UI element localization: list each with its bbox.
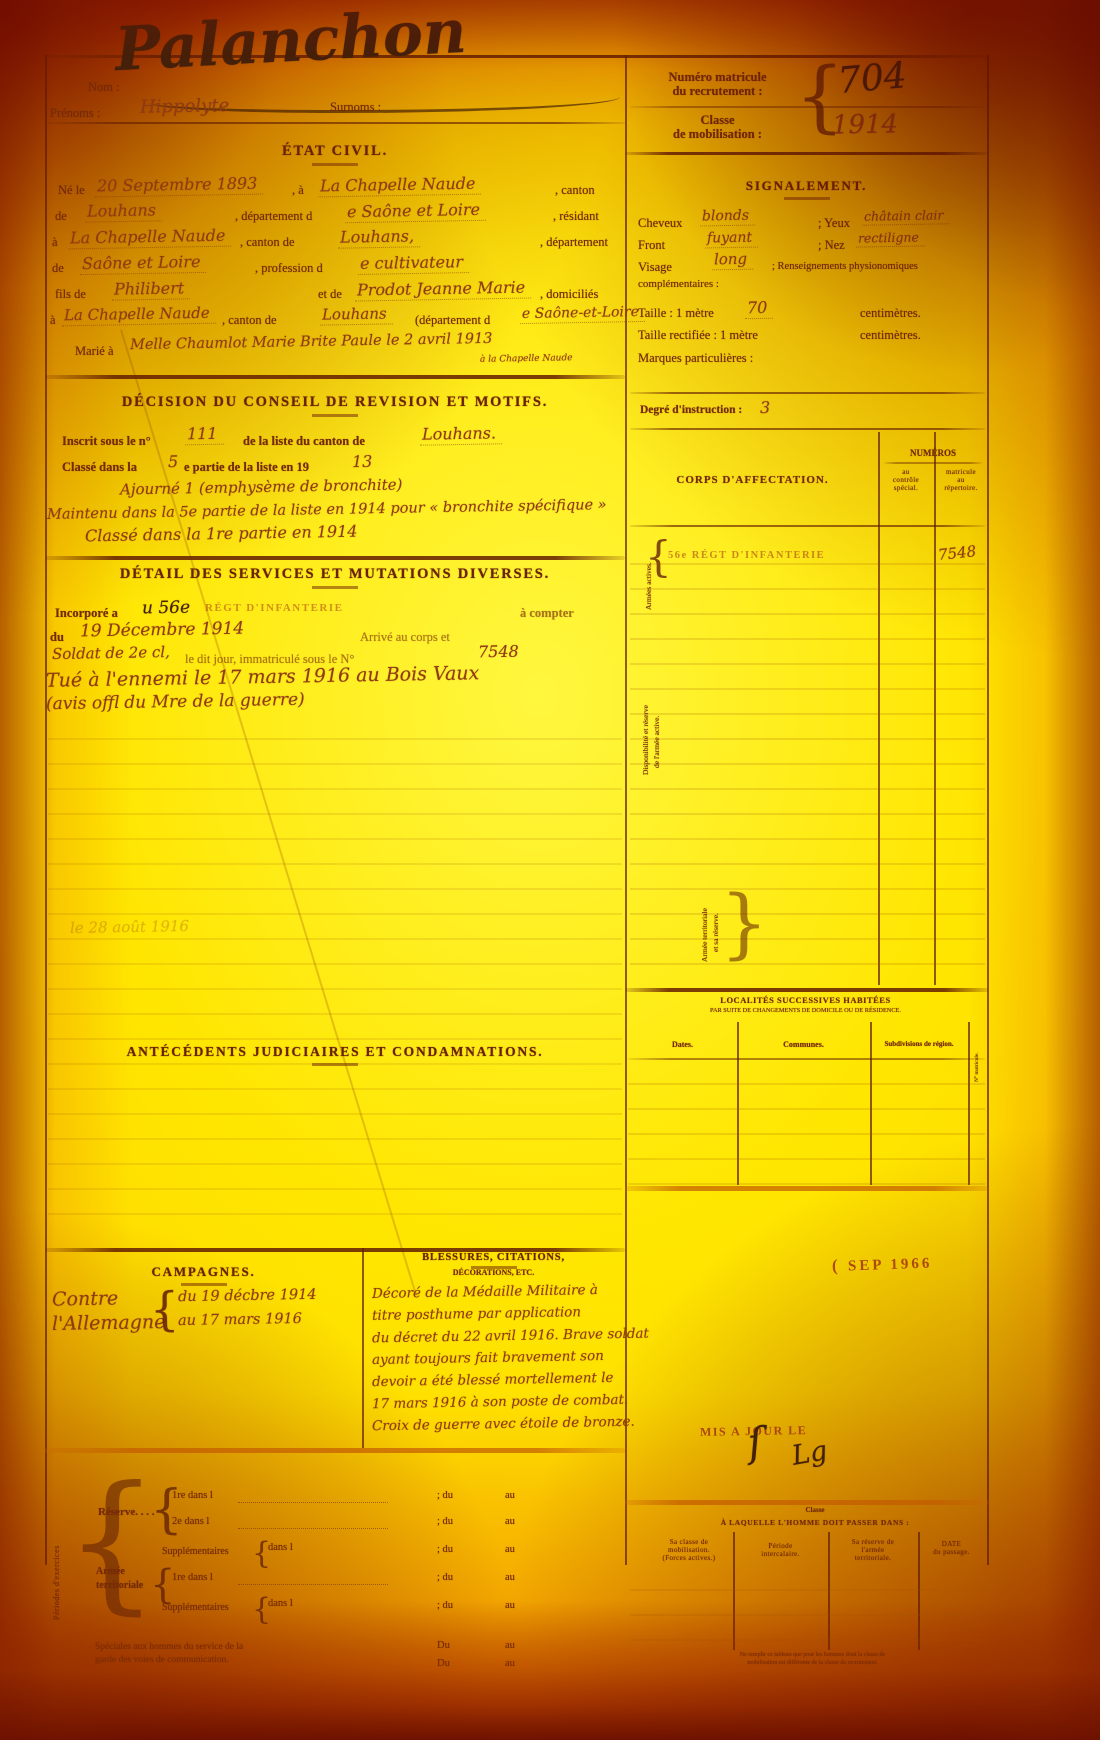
du-label: du [50, 630, 64, 645]
cheveux-value: blonds [700, 208, 755, 227]
subdivisions-column-header: Subdivisions de région. [870, 1040, 968, 1048]
ajourne-note: Ajourné 1 (emphysème de bronchite) [120, 476, 403, 499]
territoriale-suppl-du: ; du [437, 1600, 453, 1611]
localites-bottom-band [625, 1186, 988, 1191]
disponibilite-side-label-2: de l'armée active. [652, 716, 661, 768]
reserve-row2-du: ; du [437, 1516, 453, 1527]
territoriale-suppl-label: Supplémentaires [162, 1602, 229, 1613]
localites-col-divider-3 [968, 1022, 970, 1185]
classe-mob-label-line2: de mobilisation : [645, 127, 790, 142]
form-right-border [987, 55, 989, 1565]
territoriale-row1-du: ; du [437, 1572, 453, 1583]
classe-partie-label: Classé dans la [62, 460, 137, 475]
header-underline [45, 122, 625, 124]
arrive-au-corps-label: Arrivé au corps et [360, 630, 450, 645]
numero-matricule-column-header: N° matricule. [974, 1052, 980, 1082]
birth-dept-value: e Saône et Loire [345, 200, 486, 223]
localites-title: LOCALITÉS SUCCESSIVES HABITÉES [628, 995, 983, 1005]
controle-special-header-3: spécial. [878, 484, 934, 492]
localites-ruled-lines [628, 1060, 985, 1185]
birth-place-value: La Chapelle Naude [318, 174, 482, 198]
controle-special-header-1: au [878, 468, 934, 476]
classe-mob-value: 1914 [832, 109, 899, 140]
reserve-brace: { [150, 1480, 183, 1540]
liste-canton-label: de la liste du canton de [243, 434, 365, 449]
corps-header-bottom-rule [630, 525, 985, 527]
campagnes-heading: CAMPAGNES. [45, 1264, 362, 1286]
profession-value: e cultivateur [358, 252, 469, 275]
classe-1914-note: Classé dans la 1re partie en 1914 [85, 522, 358, 546]
speciales-label-line1: Spéciales aux hommes du service de la [95, 1642, 243, 1652]
classe-col2-header-2: intercalaire. [733, 1550, 828, 1558]
speciales-du-1: Du [437, 1640, 450, 1651]
paren-stamp-mark: ( [832, 1256, 840, 1276]
speciales-du-2: Du [437, 1658, 450, 1669]
taille-rectifiee-label: Taille rectifiée : 1 mètre [638, 328, 758, 343]
yeux-label: ; Yeux [818, 216, 850, 231]
cm-label-2: centimètres. [860, 328, 921, 343]
corps-matricule-value: 7548 [937, 542, 977, 564]
incorpore-regiment-hw: u 56e [142, 598, 190, 619]
front-label: Front [638, 238, 665, 253]
classe-table-subtitle: À LAQUELLE L'HOMME DOIT PASSER DANS : [645, 1518, 985, 1527]
citation-line-5: devoir a été blessé mortellement le [372, 1370, 614, 1390]
armee-active-side-label: Armées actives. [644, 562, 653, 610]
matricule-box-divider [630, 106, 985, 108]
parents-canton-value: Louhans [320, 304, 393, 325]
nez-label: ; Nez [818, 238, 845, 253]
classe-mob-label-line1: Classe [645, 113, 790, 128]
father-name-value: Philibert [112, 278, 191, 300]
matricule-label-line1: Numéro matricule [645, 70, 790, 85]
matricule-number-value: 704 [836, 55, 908, 102]
canton-label: , canton [555, 183, 595, 198]
residence-canton-value: Louhans, [338, 226, 420, 248]
classe-col3-header-3: territoriale. [828, 1554, 918, 1562]
surname-big-script: Palanchon [113, 0, 468, 85]
degre-bottom-rule [630, 428, 985, 430]
territoriale-side-label-2: et sa réserve. [711, 913, 720, 952]
corps-ruled-lines [630, 540, 985, 980]
exercices-main-brace: { [64, 1462, 159, 1622]
numeros-underline [884, 462, 982, 464]
marriage-value: Melle Chaumlot Marie Brite Paule le 2 av… [130, 331, 493, 353]
classe-col1-header-2: mobilisation. [645, 1546, 733, 1554]
maintenu-note: Maintenu dans la 5e partie de la liste e… [47, 497, 607, 523]
a-label-2: à [50, 313, 56, 328]
regiment-stamp: RÉGT D'INFANTERIE [205, 602, 343, 614]
liste-canton-value: Louhans. [420, 423, 502, 445]
nom-label: Nom : [88, 80, 120, 95]
classe-col1-header-1: Sa classe de [645, 1538, 733, 1546]
reserve-row2-label: 2e dans l [172, 1516, 209, 1527]
matricule-box-bottom [625, 152, 988, 155]
front-value: fuyant [705, 230, 758, 249]
ghost-handwriting-note: le 28 août 1916 [70, 917, 189, 937]
etat-civil-heading: ÉTAT CIVIL. [45, 143, 625, 166]
cheveux-label: Cheveux [638, 216, 682, 231]
corps-affectation-header: CORPS D'AFFECTATION. [630, 474, 875, 486]
departement-label-2: , département [540, 235, 608, 250]
classe-table-note-line2: mobilisation est différente de la classe… [640, 1660, 985, 1666]
speciales-au-1: au [505, 1640, 515, 1651]
tue-ennemi-note: Tué à l'ennemi le 17 mars 1916 au Bois V… [46, 662, 480, 692]
classe-table-title: Classe [645, 1506, 985, 1514]
taille-label: Taille : 1 mètre [638, 306, 714, 321]
territoriale-suppl-dans-label: dans l [268, 1598, 293, 1609]
de-label-2: de [52, 261, 64, 276]
form-left-border [45, 55, 47, 1565]
renseignements-label: ; Renseignements physionomiques [772, 261, 918, 272]
communes-column-header: Communes. [737, 1040, 870, 1049]
reserve-row1-blank [238, 1492, 388, 1503]
reserve-suppl-du: ; du [437, 1544, 453, 1555]
residant-label: , résidant [553, 209, 599, 224]
marriage-place-note: à la Chapelle Naude [480, 353, 573, 365]
classe-partie-label-2: e partie de la liste en 19 [184, 460, 309, 475]
decision-bottom-rule [45, 556, 625, 560]
reserve-suppl-label: Supplémentaires [162, 1546, 229, 1557]
localites-top-rule [625, 988, 988, 992]
blessures-heading-line1: BLESSURES, CITATIONS, [362, 1252, 625, 1269]
controle-special-header-2: contrôle [878, 476, 934, 484]
signature-initials: Lg [790, 1435, 830, 1472]
et-de-label: et de [318, 287, 342, 302]
fils-de-label: fils de [55, 287, 86, 302]
surnoms-label: Surnoms : [330, 100, 381, 115]
territoriale-suppl-au: au [505, 1600, 515, 1611]
reserve-label: Réserve. . . . [98, 1506, 155, 1518]
reserve-row2-au: au [505, 1516, 515, 1527]
reserve-suppl-dans-label: dans l [268, 1542, 293, 1553]
liste-numero-value: 111 [185, 424, 224, 446]
soldat-classe-hw: Soldat de 2e cl, [52, 643, 170, 663]
campagne-date-debut: du 19 décbre 1914 [178, 1287, 317, 1305]
profession-label: , profession d [255, 261, 323, 276]
citation-line-7: Croix de guerre avec étoile de bronze. [372, 1414, 635, 1435]
inscrit-label: Inscrit sous le n° [62, 434, 151, 449]
decision-heading: DÉCISION DU CONSEIL DE REVISION ET MOTIF… [45, 394, 625, 417]
marie-label: Marié à [75, 344, 114, 359]
renseignements-label-2: complémentaires : [638, 278, 719, 290]
corps-col-divider-2 [934, 432, 936, 985]
campagne-date-fin: au 17 mars 1916 [178, 1311, 302, 1329]
ne-le-label: Né le [58, 183, 85, 198]
residence-value: La Chapelle Naude [68, 226, 232, 250]
nez-value: rectiligne [856, 229, 925, 247]
citation-line-1: Décoré de la Médaille Militaire à [372, 1282, 598, 1302]
degre-instruction-label: Degré d'instruction : [640, 404, 742, 416]
canton-de-label: , canton de [240, 235, 295, 250]
localites-header-rule [628, 1058, 985, 1060]
domicilies-label: , domiciliés [540, 287, 598, 302]
territoriale-row1-au: au [505, 1572, 515, 1583]
localites-subtitle: PAR SUITE DE CHANGEMENTS DE DOMICILE OU … [628, 1007, 983, 1014]
a-label: à [52, 235, 58, 250]
birth-canton-value: Louhans [85, 200, 162, 222]
classe-col3-header-2: l'armée [828, 1546, 918, 1554]
campagnes-brace: { [150, 1282, 180, 1337]
territoriale-side-label-1: Armée territoriale [700, 908, 709, 962]
canton-de-label-2: , canton de [222, 313, 277, 328]
signalement-heading: SIGNALEMENT. [625, 178, 988, 200]
classe-col2-header-1: Période [733, 1542, 828, 1550]
prenoms-label: Prénoms : [50, 106, 100, 121]
degre-instruction-value: 3 [760, 398, 771, 417]
territoriale-row1-label: 1re dans l [172, 1572, 213, 1583]
classe-col4-header-2: du passage. [918, 1548, 985, 1556]
classe-col1-header-3: (Forces actives.) [645, 1554, 733, 1562]
taille-value: 70 [745, 298, 774, 319]
etat-civil-bottom-rule [45, 375, 625, 379]
matricule-label-line2: du recrutement : [645, 84, 790, 99]
corps-regiment-stamp: 56e RÉGT D'INFANTERIE [668, 550, 825, 561]
incorpore-label: Incorporé a [55, 606, 118, 621]
dates-column-header: Dates. [628, 1040, 737, 1049]
cm-label: centimètres. [860, 306, 921, 321]
residence-dept-value: Saône et Loire [80, 252, 207, 275]
periodes-exercices-side-label: Périodes d'exercices [52, 1545, 61, 1620]
territoriale-row1-blank [238, 1574, 388, 1585]
classe-col4-header-1: DATE [918, 1540, 985, 1548]
services-heading: DÉTAIL DES SERVICES ET MUTATIONS DIVERSE… [45, 566, 625, 589]
disponibilite-side-label-1: Disponibilité et réserve [641, 705, 650, 775]
reserve-row1-au: au [505, 1490, 515, 1501]
classe-table-ruled-lines [630, 1566, 985, 1646]
birth-date-value: 20 Septembre 1893 [95, 174, 264, 198]
reserve-row1-du: ; du [437, 1490, 453, 1501]
classe-table-top-band [625, 1500, 988, 1505]
avis-officiel-note: (avis offl du Mre de la guerre) [46, 690, 305, 715]
degre-top-rule [630, 392, 985, 394]
armee-territoriale-label-1: Armée [96, 1566, 125, 1577]
antecedents-heading: ANTÉCÉDENTS JUDICIAIRES ET CONDAMNATIONS… [45, 1044, 625, 1066]
services-ruled-lines [48, 715, 622, 1235]
repertoire-header-2: au [934, 476, 988, 484]
partie-value: 5 [168, 452, 179, 471]
repertoire-header-3: répertoire. [934, 484, 988, 492]
campagne-value-line1: Contre [52, 1287, 119, 1310]
departement-label: , département d [235, 209, 312, 224]
numeros-header: NUMÉROS [878, 448, 988, 458]
yeux-value: châtain clair [862, 207, 950, 226]
prenoms-value: Hippolyte [140, 95, 230, 118]
reserve-row2-blank [238, 1518, 388, 1529]
campagne-value-line2: l'Allemagne [52, 1311, 166, 1335]
speciales-au-2: au [505, 1658, 515, 1669]
annee-value: 13 [352, 452, 373, 471]
speciales-label-line2: garde des voies de communication. [95, 1655, 229, 1665]
citation-line-3: du décret du 22 avril 1916. Brave soldat [372, 1326, 649, 1347]
virgule-a-label: , à [292, 183, 304, 198]
armee-territoriale-label-2: territoriale [96, 1580, 143, 1591]
classe-table-note-line1: Ne remplir ce tableau que pour les homme… [640, 1652, 985, 1658]
fiche-matricule-page: Palanchon Nom : Prénoms : Hippolyte Surn… [0, 0, 1100, 1740]
mother-name-value: Prodot Jeanne Marie [355, 277, 532, 301]
citation-line-4: ayant toujours fait bravement son [372, 1348, 604, 1368]
parents-dept-value: e Saône-et-Loire [520, 304, 645, 324]
blessures-heading-line2: DÉCORATIONS, ETC. [362, 1268, 625, 1277]
territoriale-brace: } [720, 878, 768, 967]
corps-col-divider-1 [878, 432, 880, 985]
matricule-corps-value: 7548 [478, 642, 519, 662]
parents-residence-value: La Chapelle Naude [62, 304, 216, 327]
classe-col3-header-1: Sa réserve de [828, 1538, 918, 1546]
campagnes-bottom-band [45, 1448, 625, 1453]
date-stamp-sep-1966: SEP 1966 [848, 1256, 933, 1276]
visage-label: Visage [638, 260, 672, 275]
citation-line-2: titre posthume par application [372, 1304, 581, 1324]
visage-value: long [712, 250, 753, 271]
marques-label: Marques particulières : [638, 351, 753, 366]
departement-label-3: (département d [415, 313, 490, 328]
incorporation-date-value: 19 Décembre 1914 [80, 619, 244, 642]
a-compter-label: à compter [520, 606, 574, 621]
citation-line-6: 17 mars 1916 à son poste de combat. [372, 1392, 628, 1412]
de-label: de [55, 209, 67, 224]
repertoire-header-1: matricule [934, 468, 988, 476]
campagnes-blessures-divider [362, 1248, 364, 1448]
reserve-suppl-au: au [505, 1544, 515, 1555]
reserve-row1-label: 1re dans l [172, 1490, 213, 1501]
